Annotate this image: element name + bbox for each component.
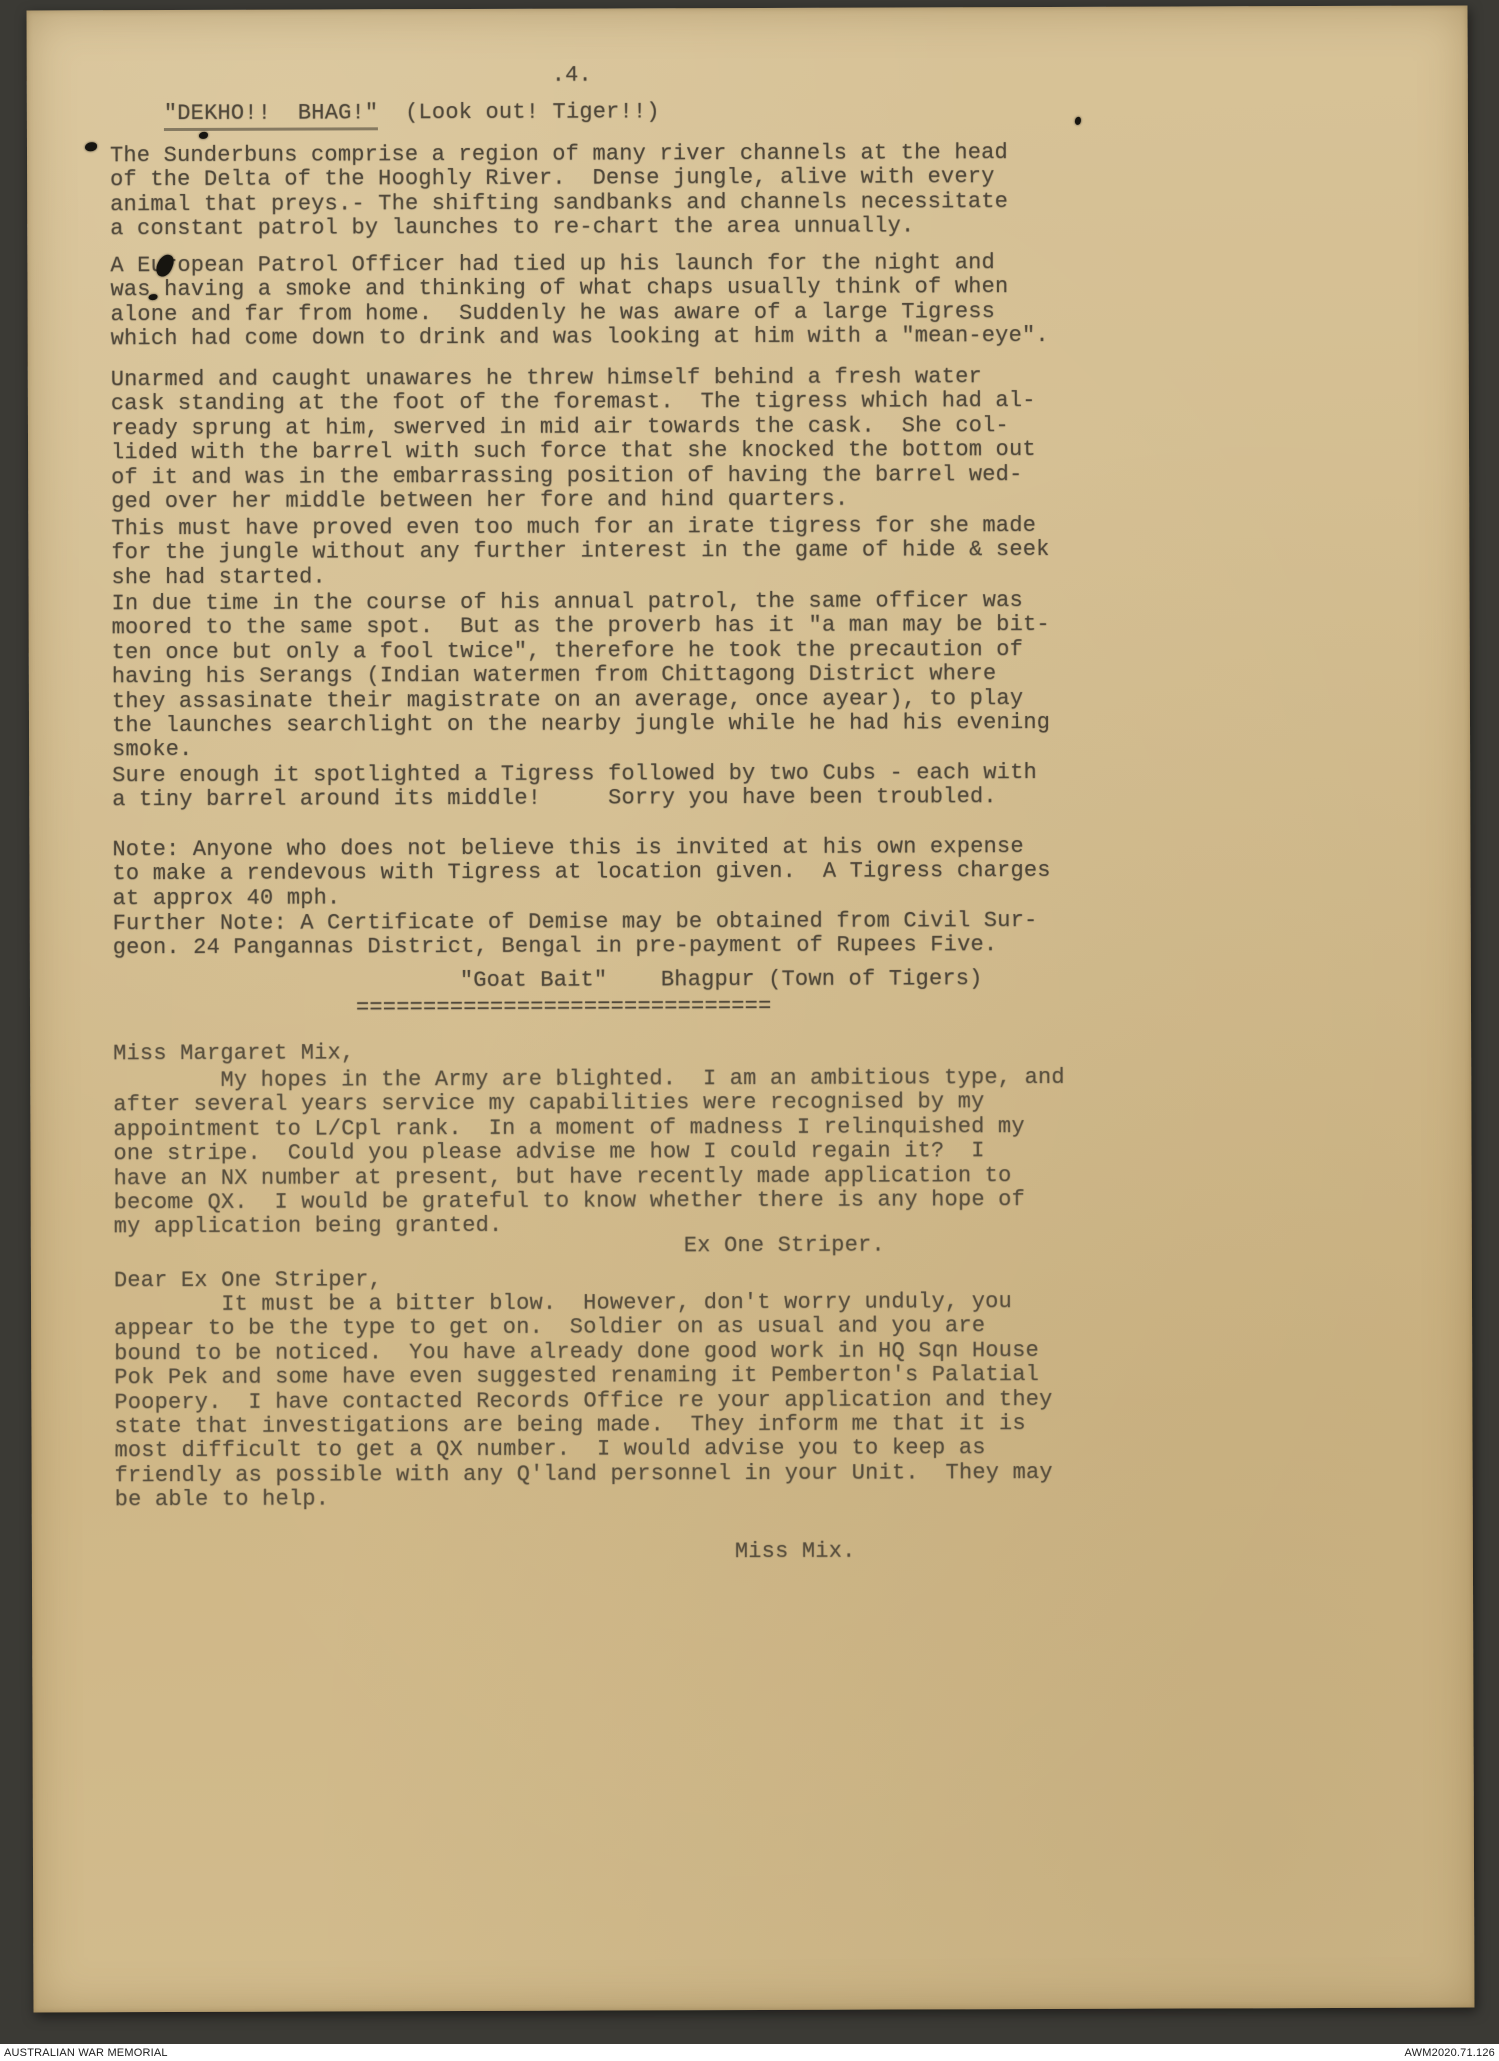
article-further-note: Further Note: A Certificate of Demise ma… xyxy=(113,909,1038,961)
page-number: .4. xyxy=(552,64,592,89)
letter2-signature: Miss Mix. xyxy=(735,1540,856,1565)
article-byline: "Goat Bait" Bhagpur (Town of Tigers) xyxy=(460,967,983,993)
letter2-body: It must be a bitter blow. However, don't… xyxy=(114,1290,1053,1513)
article-paragraph-6: Sure enough it spotlighted a Tigress fol… xyxy=(112,761,1037,813)
archive-id-label: AWM2020.71.126 xyxy=(1405,2047,1495,2059)
article-note: Note: Anyone who does not believe this i… xyxy=(112,835,1050,911)
ink-stain xyxy=(85,142,97,151)
article-title-main: "DEKHO!! BHAG!" xyxy=(164,100,379,131)
article-title-translation: (Look out! Tiger!!) xyxy=(378,99,660,125)
letter1-body: My hopes in the Army are blighted. I am … xyxy=(113,1066,1065,1240)
document-page: .4. "DEKHO!! BHAG!" (Look out! Tiger!!) … xyxy=(27,5,1475,2012)
ink-stain xyxy=(1075,117,1081,125)
article-paragraph-4: This must have proved even too much for … xyxy=(111,514,1049,590)
article-paragraph-5: In due time in the course of his annual … xyxy=(112,589,1051,763)
archive-footer: AUSTRALIAN WAR MEMORIAL AWM2020.71.126 xyxy=(0,2044,1499,2061)
letter1-salutation: Miss Margaret Mix, xyxy=(113,1041,354,1066)
article-paragraph-2: A European Patrol Officer had tied up hi… xyxy=(110,251,1048,352)
article-paragraph-3: Unarmed and caught unawares he threw him… xyxy=(111,365,1036,515)
article-paragraph-1: The Sunderbuns comprise a region of many… xyxy=(110,141,1008,242)
archive-source-label: AUSTRALIAN WAR MEMORIAL xyxy=(4,2047,168,2059)
article-title: "DEKHO!! BHAG!" (Look out! Tiger!!) xyxy=(164,100,660,126)
ink-stain xyxy=(199,132,208,139)
section-separator: =============================== xyxy=(356,995,772,1021)
letter1-signature: Ex One Striper. xyxy=(684,1234,885,1259)
letter2-salutation: Dear Ex One Striper, xyxy=(114,1268,382,1293)
scanned-document-view: .4. "DEKHO!! BHAG!" (Look out! Tiger!!) … xyxy=(0,0,1499,2061)
